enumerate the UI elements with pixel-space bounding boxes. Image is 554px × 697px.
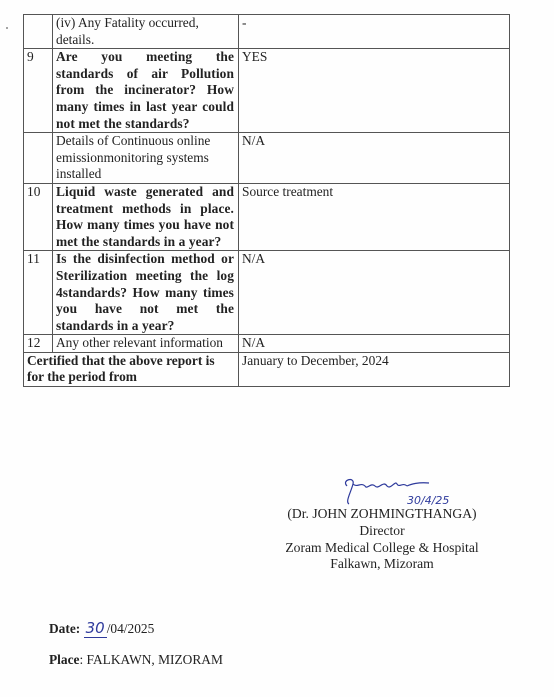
table-row: 10Liquid waste generated and treatment m… bbox=[24, 183, 510, 250]
signatory-name: (Dr. JOHN ZOHMINGTHANGA) bbox=[257, 506, 507, 523]
date-label: Date: bbox=[49, 621, 80, 636]
table-row: 11Is the disinfection method or Steriliz… bbox=[24, 251, 510, 335]
place-label: Place bbox=[49, 652, 79, 667]
signatory-title: Director bbox=[257, 523, 507, 540]
certification-period: January to December, 2024 bbox=[239, 352, 510, 386]
date-day-handwritten: 30 bbox=[84, 619, 107, 638]
table-row: (iv) Any Fatality occurred, details.- bbox=[24, 15, 510, 49]
date-line: Date: 30/04/2025 bbox=[49, 619, 154, 637]
row-number: 9 bbox=[24, 49, 53, 133]
row-number: 12 bbox=[24, 335, 53, 353]
row-question: Liquid waste generated and treatment met… bbox=[53, 183, 239, 250]
row-answer: YES bbox=[239, 49, 510, 133]
row-question: Details of Continuous online emissionmon… bbox=[53, 133, 239, 184]
signatory-location: Falkawn, Mizoram bbox=[257, 556, 507, 573]
row-question: Are you meeting the standards of air Pol… bbox=[53, 49, 239, 133]
row-question: (iv) Any Fatality occurred, details. bbox=[53, 15, 239, 49]
place-line: Place: FALKAWN, MIZORAM bbox=[49, 652, 223, 668]
row-answer: N/A bbox=[239, 251, 510, 335]
place-value: : FALKAWN, MIZORAM bbox=[79, 652, 222, 667]
scan-speck bbox=[6, 27, 8, 29]
signatory-institution: Zoram Medical College & Hospital bbox=[257, 540, 507, 557]
row-question: Any other relevant information bbox=[53, 335, 239, 353]
row-number: 11 bbox=[24, 251, 53, 335]
row-answer: - bbox=[239, 15, 510, 49]
row-answer: N/A bbox=[239, 335, 510, 353]
row-answer: Source treatment bbox=[239, 183, 510, 250]
signature-scribble: 30/4/25 bbox=[337, 474, 457, 508]
row-number bbox=[24, 133, 53, 184]
certification-row: Certified that the above report is for t… bbox=[24, 352, 510, 386]
certification-label: Certified that the above report is for t… bbox=[24, 352, 239, 386]
signature-block: (Dr. JOHN ZOHMINGTHANGA) Director Zoram … bbox=[257, 506, 507, 573]
row-answer: N/A bbox=[239, 133, 510, 184]
date-rest: /04/2025 bbox=[107, 621, 155, 636]
row-number bbox=[24, 15, 53, 49]
table-row: Details of Continuous online emissionmon… bbox=[24, 133, 510, 184]
row-question: Is the disinfection method or Sterilizat… bbox=[53, 251, 239, 335]
table-row: 9Are you meeting the standards of air Po… bbox=[24, 49, 510, 133]
row-number: 10 bbox=[24, 183, 53, 250]
report-table: (iv) Any Fatality occurred, details.-9Ar… bbox=[23, 14, 510, 387]
table-row: 12Any other relevant informationN/A bbox=[24, 335, 510, 353]
